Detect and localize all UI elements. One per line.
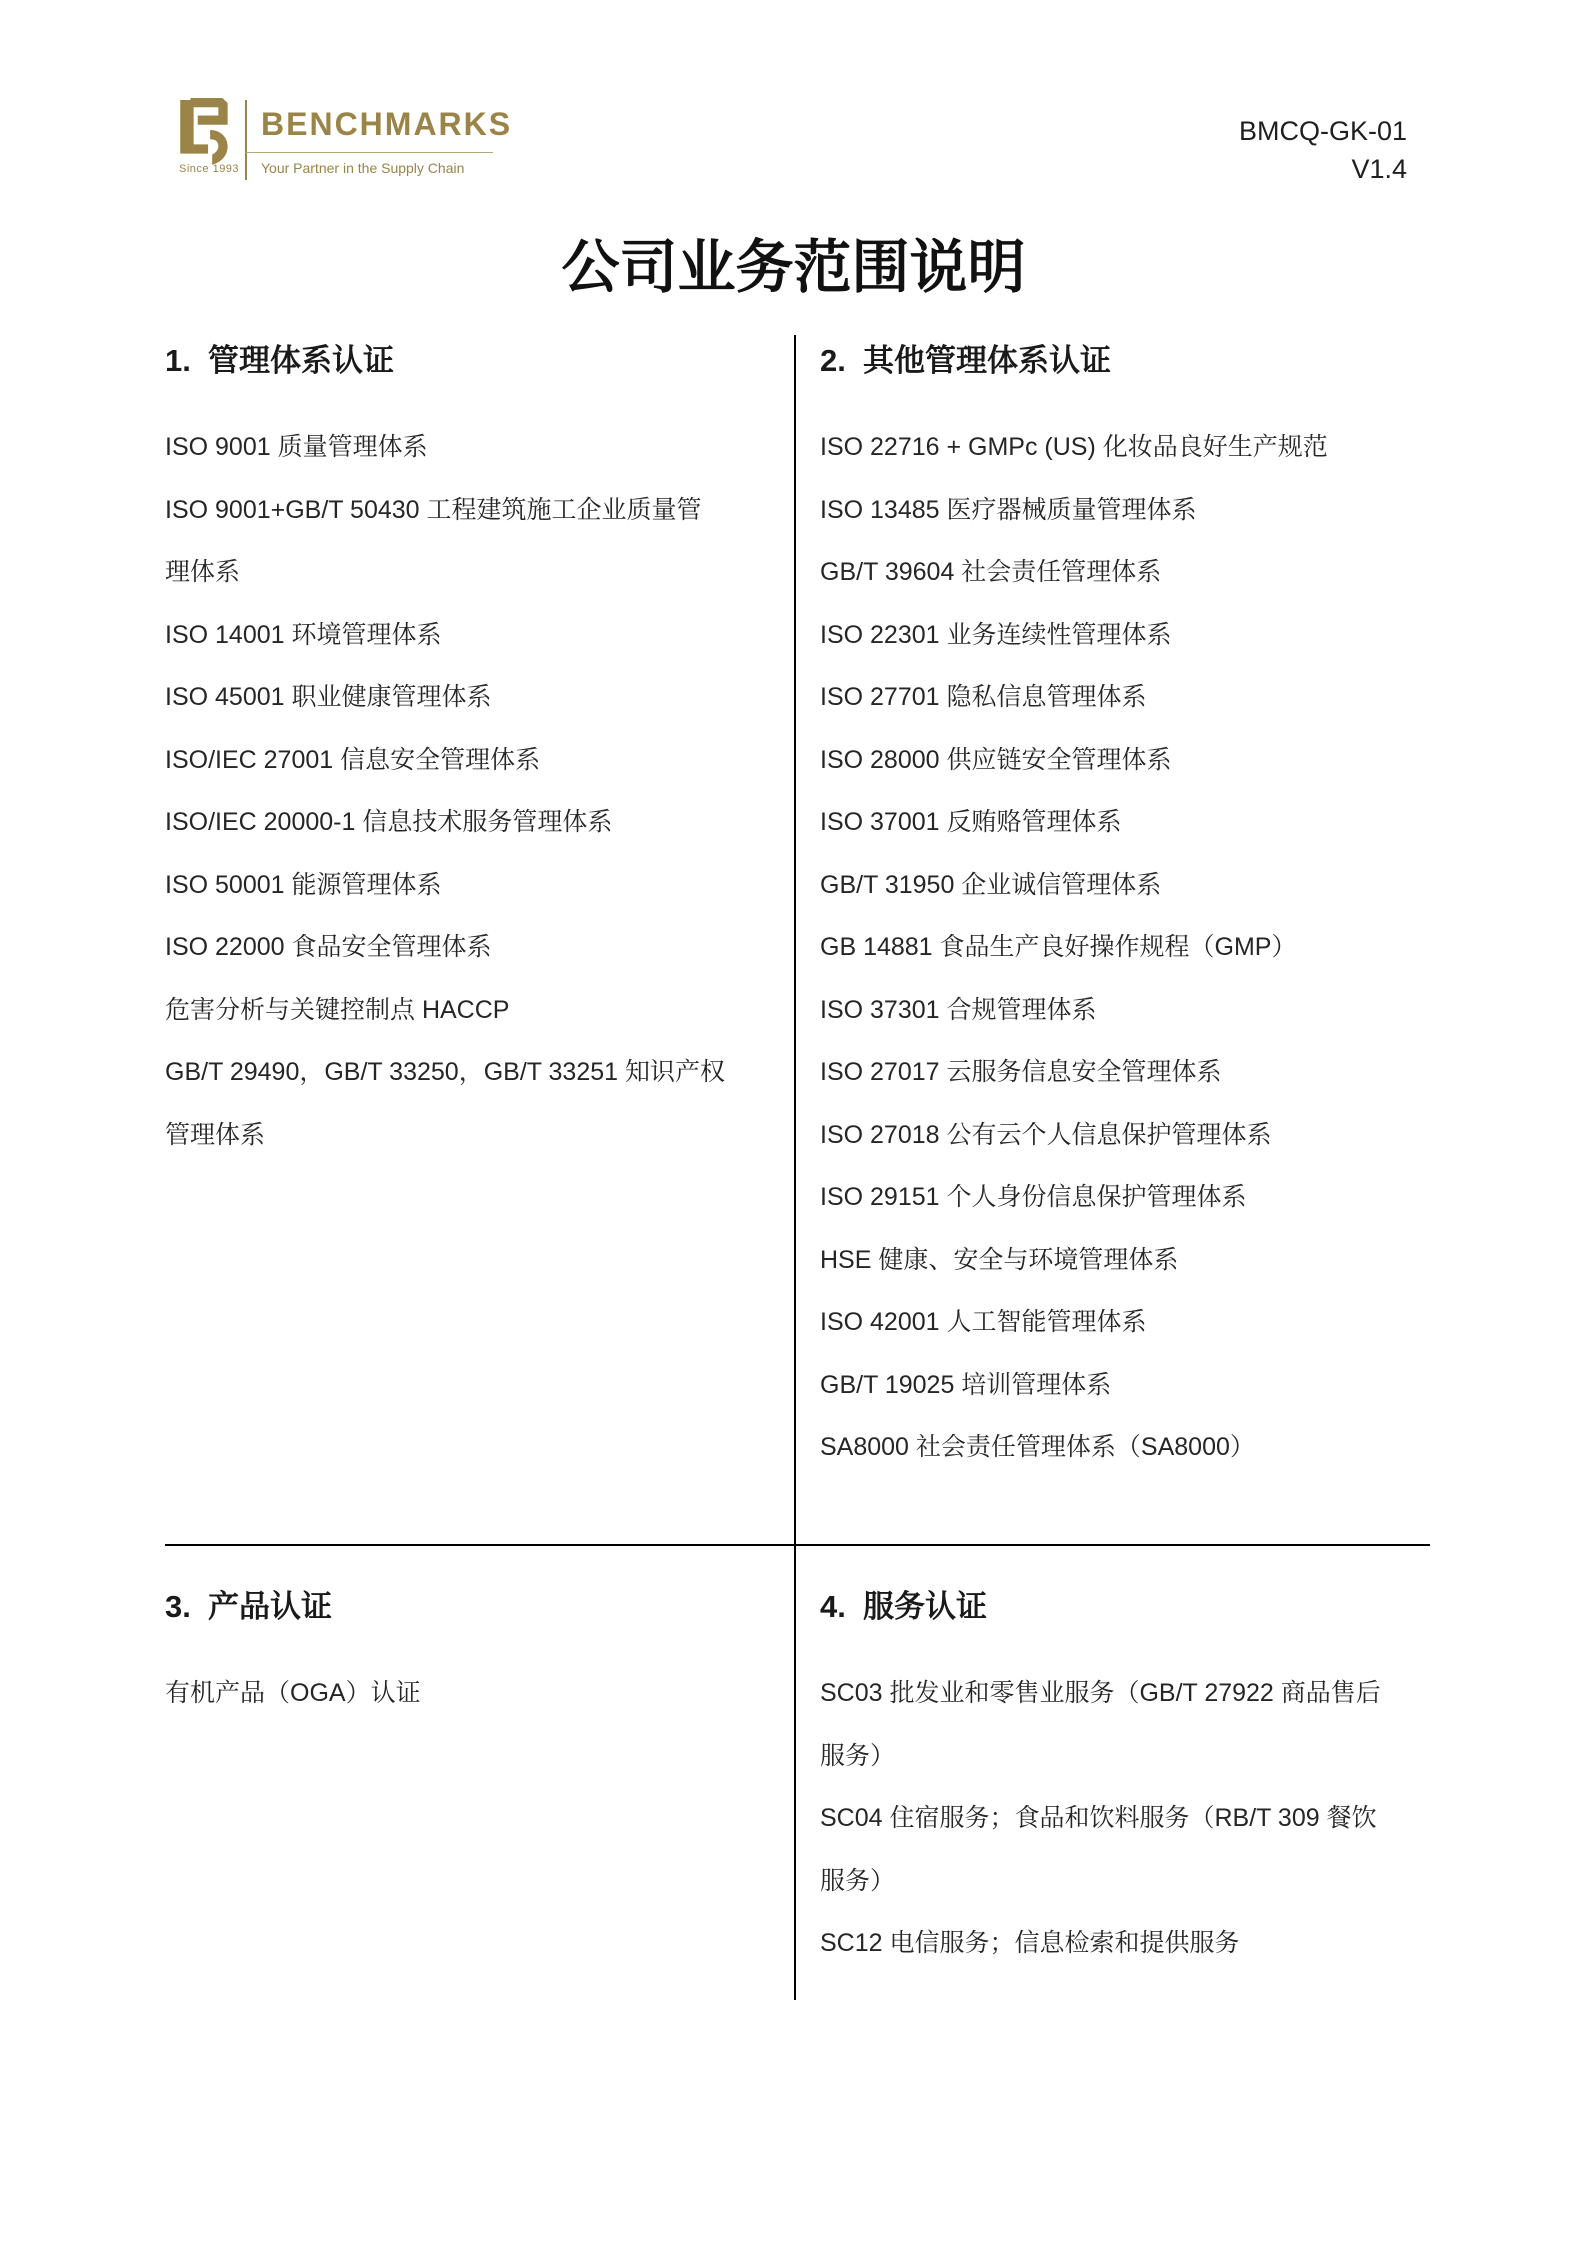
list-item: ISO 28000 供应链安全管理体系 xyxy=(820,729,1445,792)
list-item: GB/T 31950 企业诚信管理体系 xyxy=(820,854,1445,917)
section-service-certification: 4.服务认证 SC03 批发业和零售业服务（GB/T 27922 商品售后服务）… xyxy=(820,1584,1385,1975)
section-heading-text: 管理体系认证 xyxy=(208,343,394,378)
row-divider xyxy=(165,1544,1430,1546)
document-code: BMCQ-GK-01 xyxy=(1107,112,1407,150)
logo-since-text: Since 1993 xyxy=(179,163,239,175)
logo-tagline: Your Partner in the Supply Chain xyxy=(261,160,464,176)
list-item: ISO 37001 反贿赂管理体系 xyxy=(820,791,1445,854)
list-item: ISO 22716 + GMPc (US) 化妆品良好生产规范 xyxy=(820,416,1445,479)
list-item: ISO 37301 合规管理体系 xyxy=(820,979,1445,1042)
section-item-list: 有机产品（OGA）认证 xyxy=(165,1662,765,1725)
list-item: ISO 27018 公有云个人信息保护管理体系 xyxy=(820,1104,1445,1167)
list-item: GB/T 19025 培训管理体系 xyxy=(820,1354,1445,1417)
list-item: GB/T 29490，GB/T 33250，GB/T 33251 知识产权管理体… xyxy=(165,1041,725,1166)
section-other-management-system-certification: 2.其他管理体系认证 ISO 22716 + GMPc (US) 化妆品良好生产… xyxy=(820,338,1445,1479)
section-number: 4. xyxy=(820,1584,863,1630)
section-heading: 2.其他管理体系认证 xyxy=(820,338,1445,384)
column-divider xyxy=(794,335,796,2000)
list-item: ISO 22301 业务连续性管理体系 xyxy=(820,604,1445,667)
list-item: 危害分析与关键控制点 HACCP xyxy=(165,979,725,1042)
list-item: GB 14881 食品生产良好操作规程（GMP） xyxy=(820,916,1445,979)
list-item: ISO 14001 环境管理体系 xyxy=(165,604,725,667)
list-item: ISO 29151 个人身份信息保护管理体系 xyxy=(820,1166,1445,1229)
list-item: ISO 9001 质量管理体系 xyxy=(165,416,725,479)
section-management-system-certification: 1.管理体系认证 ISO 9001 质量管理体系 ISO 9001+GB/T 5… xyxy=(165,338,725,1166)
section-heading: 1.管理体系认证 xyxy=(165,338,725,384)
list-item: ISO 9001+GB/T 50430 工程建筑施工企业质量管理体系 xyxy=(165,479,725,604)
section-number: 1. xyxy=(165,338,208,384)
list-item: ISO 50001 能源管理体系 xyxy=(165,854,725,917)
list-item: ISO 27701 隐私信息管理体系 xyxy=(820,666,1445,729)
section-number: 3. xyxy=(165,1584,208,1630)
list-item: 有机产品（OGA）认证 xyxy=(165,1662,765,1725)
section-item-list: ISO 22716 + GMPc (US) 化妆品良好生产规范 ISO 1348… xyxy=(820,416,1445,1479)
list-item: ISO/IEC 20000-1 信息技术服务管理体系 xyxy=(165,791,725,854)
section-heading-text: 服务认证 xyxy=(863,1589,987,1624)
logo-vertical-divider xyxy=(245,100,247,180)
section-number: 2. xyxy=(820,338,863,384)
list-item: ISO/IEC 27001 信息安全管理体系 xyxy=(165,729,725,792)
benchmarks-logo-icon xyxy=(180,98,232,166)
list-item: ISO 42001 人工智能管理体系 xyxy=(820,1291,1445,1354)
section-item-list: ISO 9001 质量管理体系 ISO 9001+GB/T 50430 工程建筑… xyxy=(165,416,725,1166)
list-item: ISO 45001 职业健康管理体系 xyxy=(165,666,725,729)
logo-brand-name: BENCHMARKS xyxy=(261,106,512,143)
list-item: GB/T 39604 社会责任管理体系 xyxy=(820,541,1445,604)
document-page: Since 1993 BENCHMARKS Your Partner in th… xyxy=(0,0,1587,2245)
document-meta: BMCQ-GK-01 V1.4 xyxy=(1107,112,1407,188)
list-item: SC04 住宿服务；食品和饮料服务（RB/T 309 餐饮服务） xyxy=(820,1787,1385,1912)
logo-horizontal-divider xyxy=(246,152,493,153)
list-item: ISO 13485 医疗器械质量管理体系 xyxy=(820,479,1445,542)
list-item: SC03 批发业和零售业服务（GB/T 27922 商品售后服务） xyxy=(820,1662,1385,1787)
list-item: HSE 健康、安全与环境管理体系 xyxy=(820,1229,1445,1292)
list-item: SA8000 社会责任管理体系（SA8000） xyxy=(820,1416,1445,1479)
document-version: V1.4 xyxy=(1107,150,1407,188)
list-item: ISO 22000 食品安全管理体系 xyxy=(165,916,725,979)
list-item: SC12 电信服务；信息检索和提供服务 xyxy=(820,1912,1385,1975)
list-item: ISO 27017 云服务信息安全管理体系 xyxy=(820,1041,1445,1104)
page-title: 公司业务范围说明 xyxy=(0,220,1587,304)
section-heading-text: 其他管理体系认证 xyxy=(863,343,1111,378)
section-heading-text: 产品认证 xyxy=(208,1589,332,1624)
section-heading: 3.产品认证 xyxy=(165,1584,765,1630)
section-product-certification: 3.产品认证 有机产品（OGA）认证 xyxy=(165,1584,765,1725)
section-heading: 4.服务认证 xyxy=(820,1584,1385,1630)
section-item-list: SC03 批发业和零售业服务（GB/T 27922 商品售后服务） SC04 住… xyxy=(820,1662,1385,1975)
